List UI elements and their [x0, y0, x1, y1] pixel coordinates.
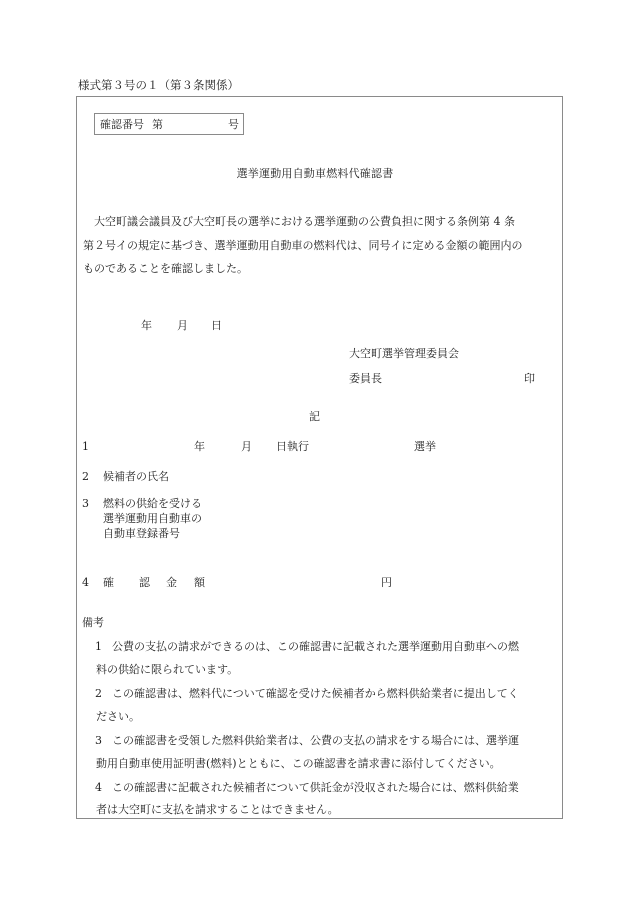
confirmation-number-prefix: 第 — [152, 119, 163, 130]
item-2-label: 候補者の氏名 — [103, 471, 169, 482]
item-4-label-char: 確 — [103, 577, 114, 588]
item-number: 2 — [82, 471, 89, 482]
item-1-day-held: 日執行 — [276, 441, 309, 452]
item-4-label-char: 認 — [139, 577, 150, 588]
body-line: ものであることを確認しました。 — [83, 257, 553, 281]
note-number: 3 — [95, 735, 102, 746]
date-month: 月 — [177, 320, 188, 331]
document-frame — [76, 96, 563, 819]
body-line: 大空町議会議員及び大空町長の選挙における選挙運動の公費負担に関する条例第 4 条 — [83, 210, 553, 234]
item-3-label-line: 選挙運動用自動車の — [103, 513, 202, 524]
date-year: 年 — [141, 320, 152, 331]
item-1-year: 年 — [194, 441, 205, 452]
confirmation-number-label: 確認番号 — [100, 119, 144, 130]
note-text-line: 者は大空町に支払を請求することはできません。 — [96, 804, 339, 815]
item-number: 1 — [82, 441, 89, 452]
note-text-line: この確認書は、燃料代について確認を受けた候補者から燃料供給業者に提出してく — [112, 688, 519, 699]
remarks-heading: 備考 — [82, 617, 104, 628]
item-4-label-char: 金 — [166, 577, 177, 588]
item-3-label-line: 燃料の供給を受ける — [103, 498, 202, 509]
note-text-line: この確認書を受領した燃料供給業者は、公費の支払の請求をする場合には、選挙運 — [112, 735, 519, 746]
item-4-unit: 円 — [381, 577, 392, 588]
confirmation-number-box: 確認番号 第 号 — [94, 113, 244, 135]
document-title: 選挙運動用自動車燃料代確認書 — [0, 168, 630, 179]
note-text-line: 公費の支払の請求ができるのは、この確認書に記載された選挙運動用自動車への燃 — [112, 641, 519, 652]
body-line: 第２号イの規定に基づき、選挙運動用自動車の燃料代は、同号イに定める金額の範囲内の — [83, 234, 553, 258]
item-1-election: 選挙 — [414, 441, 436, 452]
form-number-label: 様式第３号の１（第３条関係） — [78, 80, 239, 92]
item-number: 4 — [82, 577, 89, 588]
note-text-line: 料の供給に限られています。 — [96, 664, 238, 675]
item-3-label-line: 自動車登録番号 — [103, 528, 180, 539]
seal-mark: 印 — [524, 373, 535, 384]
note-text-line: 動用自動車使用証明書(燃料)とともに、この確認書を請求書に添付してください。 — [96, 758, 501, 769]
note-number: 1 — [95, 641, 102, 652]
note-text-line: ださい。 — [96, 711, 140, 722]
body-paragraph: 大空町議会議員及び大空町長の選挙における選挙運動の公費負担に関する条例第 4 条… — [83, 210, 553, 281]
confirmation-number-suffix: 号 — [228, 119, 239, 130]
note-number: 4 — [95, 782, 102, 793]
item-4-label-char: 額 — [194, 577, 205, 588]
item-number: 3 — [82, 498, 89, 509]
date-day: 日 — [211, 320, 222, 331]
item-1-month: 月 — [241, 441, 252, 452]
issuer-title: 委員長 — [349, 373, 382, 384]
issuer-organization: 大空町選挙管理委員会 — [349, 348, 459, 359]
ki-heading: 記 — [309, 411, 320, 422]
note-number: 2 — [95, 688, 102, 699]
note-text-line: この確認書に記載された候補者について供託金が没収された場合には、燃料供給業 — [112, 782, 519, 793]
